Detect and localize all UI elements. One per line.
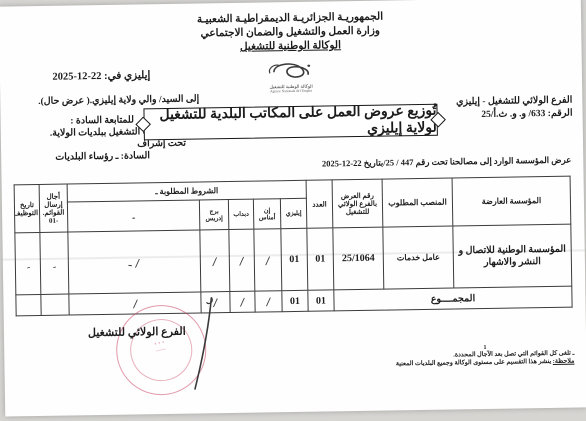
col-header-position: المنصب المطلوب [382, 178, 453, 227]
cell-in-amenas: / [254, 229, 282, 291]
col-header-count: العدد [306, 180, 333, 228]
total-bordj: / [201, 292, 230, 313]
hand-mark: / [265, 254, 270, 267]
cell-conditions: / ـ [68, 230, 201, 294]
hand-mark: / [239, 254, 244, 267]
document-title: تُوزيع عروض العمل على المكاتب البلدية لل… [144, 103, 436, 142]
cell-hire-date: ـ [15, 232, 41, 294]
republic-header: الجمهوريـة الجزائريـة الديمقراطيـة الشعب… [0, 7, 582, 58]
anem-logo-swirl [260, 58, 322, 85]
hand-mark: / [132, 297, 137, 310]
footnotes: 1 ـ تلغى كل القوائم التي تصل بعد الآجال … [396, 345, 575, 369]
col-header-debdeb: دبداب [228, 199, 253, 229]
footnote-publication: ملاحظة: ينشر هذا التقسيم على مستوى الوكا… [396, 358, 575, 369]
subject-line: عرض المؤسسة الوارد إلى مصالحنا تحت رقم 4… [322, 155, 572, 170]
table-row: المؤسسة الوطنية للاتصال و النشر والاشهار… [15, 224, 572, 295]
hand-mark: / [213, 296, 218, 309]
col-header-in-amenas: إن أمناس [253, 199, 280, 229]
col-header-establishment: المؤسسة العارضة [452, 176, 571, 226]
hand-mark: ـ [52, 260, 57, 270]
col-header-offer-number: رقم العرض بالفرع الولائي للتشغيل [332, 179, 383, 228]
total-count: 01 [308, 290, 334, 311]
branch-signature-label: الفرع الولائي للتشغيل [88, 325, 186, 340]
distribution-table: المؤسسة العارضة المنصب المطلوب رقم العرض… [14, 176, 573, 317]
hand-mark: / [212, 255, 217, 268]
supervision-item: السادة: ـ رؤساء البلديات [5, 149, 200, 164]
col-header-conditions-dash: ـ [67, 200, 199, 232]
cell-illizi: 01 [281, 228, 308, 290]
paper: الجمهوريـة الجزائريـة الديمقراطيـة الشعب… [0, 0, 586, 414]
total-hire-date [16, 294, 41, 315]
total-deadline [41, 294, 69, 315]
total-in-amenas: / [255, 291, 282, 312]
hand-mark: ـ [25, 261, 30, 271]
cell-bordj: / [200, 230, 230, 292]
cell-establishment: المؤسسة الوطنية للاتصال و النشر والاشهار [453, 224, 572, 288]
cell-count: 01 [307, 228, 334, 290]
col-header-deadline: أجال إرسال القوائم. -01 [39, 184, 68, 232]
cell-position: عامل خدمات [383, 226, 454, 289]
total-label: المجمــــوع [334, 286, 572, 311]
distribution-table-wrap: المؤسسة العارضة المنصب المطلوب رقم العرض… [14, 176, 572, 317]
cell-deadline: ـ [40, 232, 69, 294]
footnote-note-label: ملاحظة: [553, 358, 575, 365]
cell-debdeb: / [229, 229, 255, 291]
hand-mark: / [266, 295, 271, 308]
col-header-hire-date: تاريخ التوظيف [14, 184, 40, 232]
hand-mark: / [240, 296, 245, 309]
total-illizi: 01 [282, 290, 308, 311]
place-date-line: إيليزي في: 22-12-2025 [4, 69, 199, 84]
hand-mark: / ـ [128, 255, 140, 269]
col-header-bordj-idriss: برج إدريس [199, 200, 228, 230]
cell-offer-number: 25/1064 [333, 227, 384, 290]
document-title-frame: تُوزيع عروض العمل على المكاتب البلدية لل… [143, 104, 437, 141]
col-header-illizi: إيليزي [280, 198, 306, 228]
document-photo: الجمهوريـة الجزائريـة الديمقراطيـة الشعب… [0, 0, 586, 414]
footnote-note-text: ينشر هذا التقسيم على مستوى الوكالة وجميع… [396, 358, 553, 367]
total-debdeb: / [230, 291, 255, 312]
